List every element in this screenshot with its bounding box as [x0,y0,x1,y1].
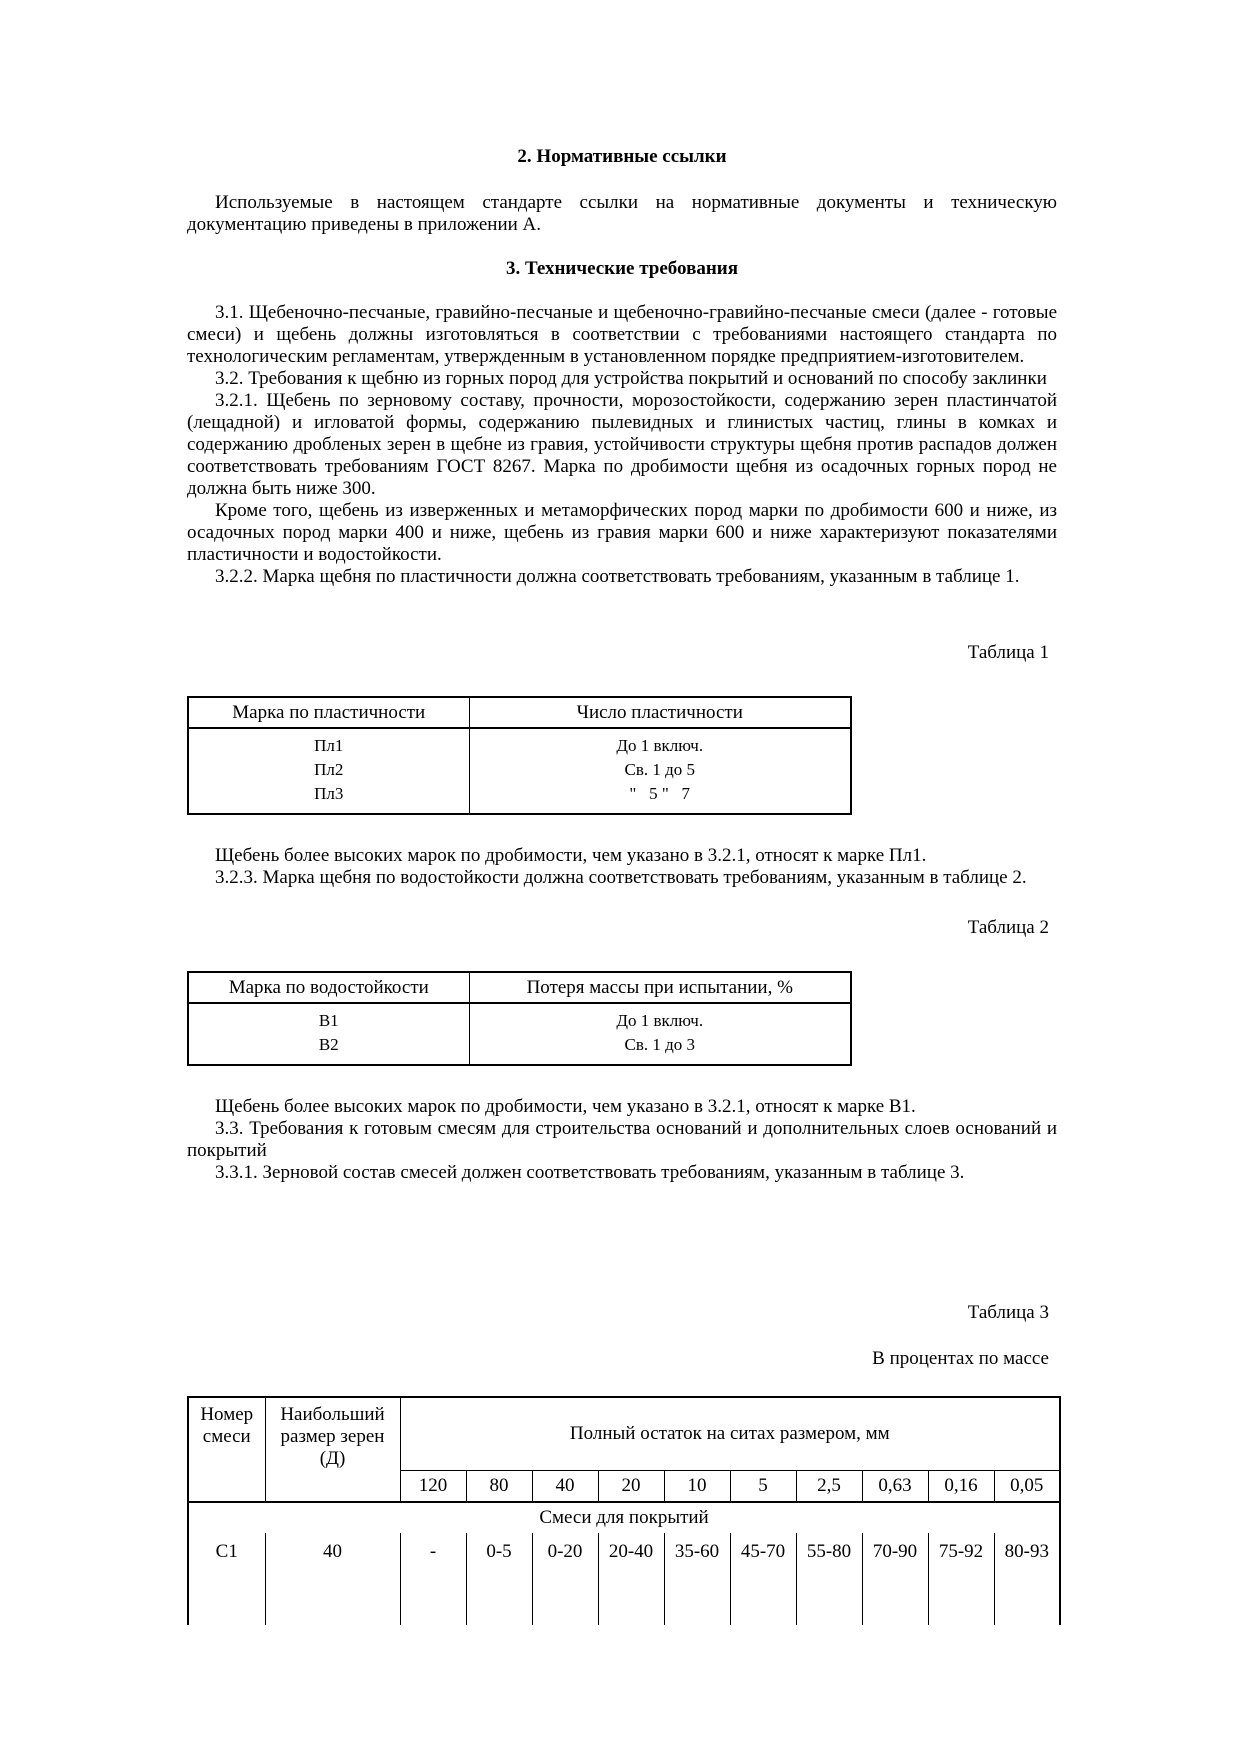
sieve-size: 10 [664,1471,730,1503]
residue-cell: 0-20 [532,1533,598,1625]
table-row: Пл2 Св. 1 до 5 [188,758,851,782]
table-plasticity: Марка по пластичности Число пластичности… [187,696,852,815]
sieve-size: 20 [598,1471,664,1503]
table-1-label: Таблица 1 [187,642,1057,664]
table-3-header-residue: Полный остаток на ситах размером, мм [400,1397,1060,1471]
paragraph-krome-togo: Кроме того, щебень из изверженных и мета… [187,500,1057,566]
table-3-label: Таблица 3 [187,1302,1057,1324]
table-1-header-mark: Марка по пластичности [188,697,469,728]
residue-cell: 0-5 [466,1533,532,1625]
sieve-size: 120 [400,1471,466,1503]
sieve-size: 0,63 [862,1471,928,1503]
paragraph-3-2-1: 3.2.1. Щебень по зерновому составу, проч… [187,390,1057,500]
table-water-resistance: Марка по водостойкости Потеря массы при … [187,971,852,1066]
paragraph-3-1: 3.1. Щебеночно-песчаные, гравийно-песчан… [187,302,1057,368]
table-1-cell-value: Св. 1 до 5 [469,758,851,782]
table-1-cell-value: " 5 " 7 [469,782,851,814]
paragraph-mark-pl1: Щебень более высоких марок по дробимости… [187,845,1057,867]
sieve-size: 40 [532,1471,598,1503]
table-3-section-row: Смеси для покрытий [188,1502,1060,1533]
residue-cell: 20-40 [598,1533,664,1625]
table-2-header-loss: Потеря массы при испытании, % [469,972,851,1003]
table-1-cell-mark: Пл3 [188,782,469,814]
table-3-header-row: Номер смеси Наибольший размер зерен (Д) … [188,1397,1060,1471]
table-row: С1 40 - 0-5 0-20 20-40 35-60 45-70 55-80… [188,1533,1060,1625]
document-page: 2. Нормативные ссылки Используемые в нас… [0,0,1240,1755]
table-row: В1 До 1 включ. [188,1003,851,1033]
residue-cell: 75-92 [928,1533,994,1625]
table-grain-composition: Номер смеси Наибольший размер зерен (Д) … [187,1396,1061,1625]
residue-cell: - [400,1533,466,1625]
residue-cell: 45-70 [730,1533,796,1625]
table-1-cell-mark: Пл1 [188,728,469,758]
paragraph-3-2-3: 3.2.3. Марка щебня по водостойкости долж… [187,867,1057,889]
paragraph-3-3-1: 3.3.1. Зерновой состав смесей должен соо… [187,1162,1057,1184]
table-2-header-mark: Марка по водостойкости [188,972,469,1003]
table-3-section-title: Смеси для покрытий [188,1502,1060,1533]
table-row: Пл1 До 1 включ. [188,728,851,758]
table-3-units-label: В процентах по массе [187,1348,1057,1370]
residue-cell: 55-80 [796,1533,862,1625]
table-2-header-row: Марка по водостойкости Потеря массы при … [188,972,851,1003]
table-1-cell-value: До 1 включ. [469,728,851,758]
residue-cell: 80-93 [994,1533,1060,1625]
section-heading-technical-requirements: 3. Технические требования [187,258,1057,280]
residue-cell: 70-90 [862,1533,928,1625]
table-row: В2 Св. 1 до 3 [188,1033,851,1065]
paragraph-3-2-2: 3.2.2. Марка щебня по пластичности должн… [187,566,1057,588]
table-2-label: Таблица 2 [187,917,1057,939]
table-2-cell-mark: В2 [188,1033,469,1065]
table-2-cell-value: Св. 1 до 3 [469,1033,851,1065]
table-3-header-max-grain-size: Наибольший размер зерен (Д) [265,1397,400,1502]
sieve-size: 2,5 [796,1471,862,1503]
max-grain-size-cell: 40 [265,1533,400,1625]
paragraph-mark-v1: Щебень более высоких марок по дробимости… [187,1096,1057,1118]
paragraph-references: Используемые в настоящем стандарте ссылк… [187,192,1057,236]
paragraph-3-3: 3.3. Требования к готовым смесям для стр… [187,1118,1057,1162]
table-2-cell-mark: В1 [188,1003,469,1033]
table-1-header-row: Марка по пластичности Число пластичности [188,697,851,728]
table-1-header-number: Число пластичности [469,697,851,728]
paragraph-3-2: 3.2. Требования к щебню из горных пород … [187,368,1057,390]
sieve-size: 0,05 [994,1471,1060,1503]
sieve-size: 0,16 [928,1471,994,1503]
table-1-cell-mark: Пл2 [188,758,469,782]
table-3-header-mix-number: Номер смеси [188,1397,265,1502]
table-2-cell-value: До 1 включ. [469,1003,851,1033]
section-heading-normative-references: 2. Нормативные ссылки [187,146,1057,168]
table-row: Пл3 " 5 " 7 [188,782,851,814]
mix-number-cell: С1 [188,1533,265,1625]
sieve-size: 5 [730,1471,796,1503]
residue-cell: 35-60 [664,1533,730,1625]
sieve-size: 80 [466,1471,532,1503]
